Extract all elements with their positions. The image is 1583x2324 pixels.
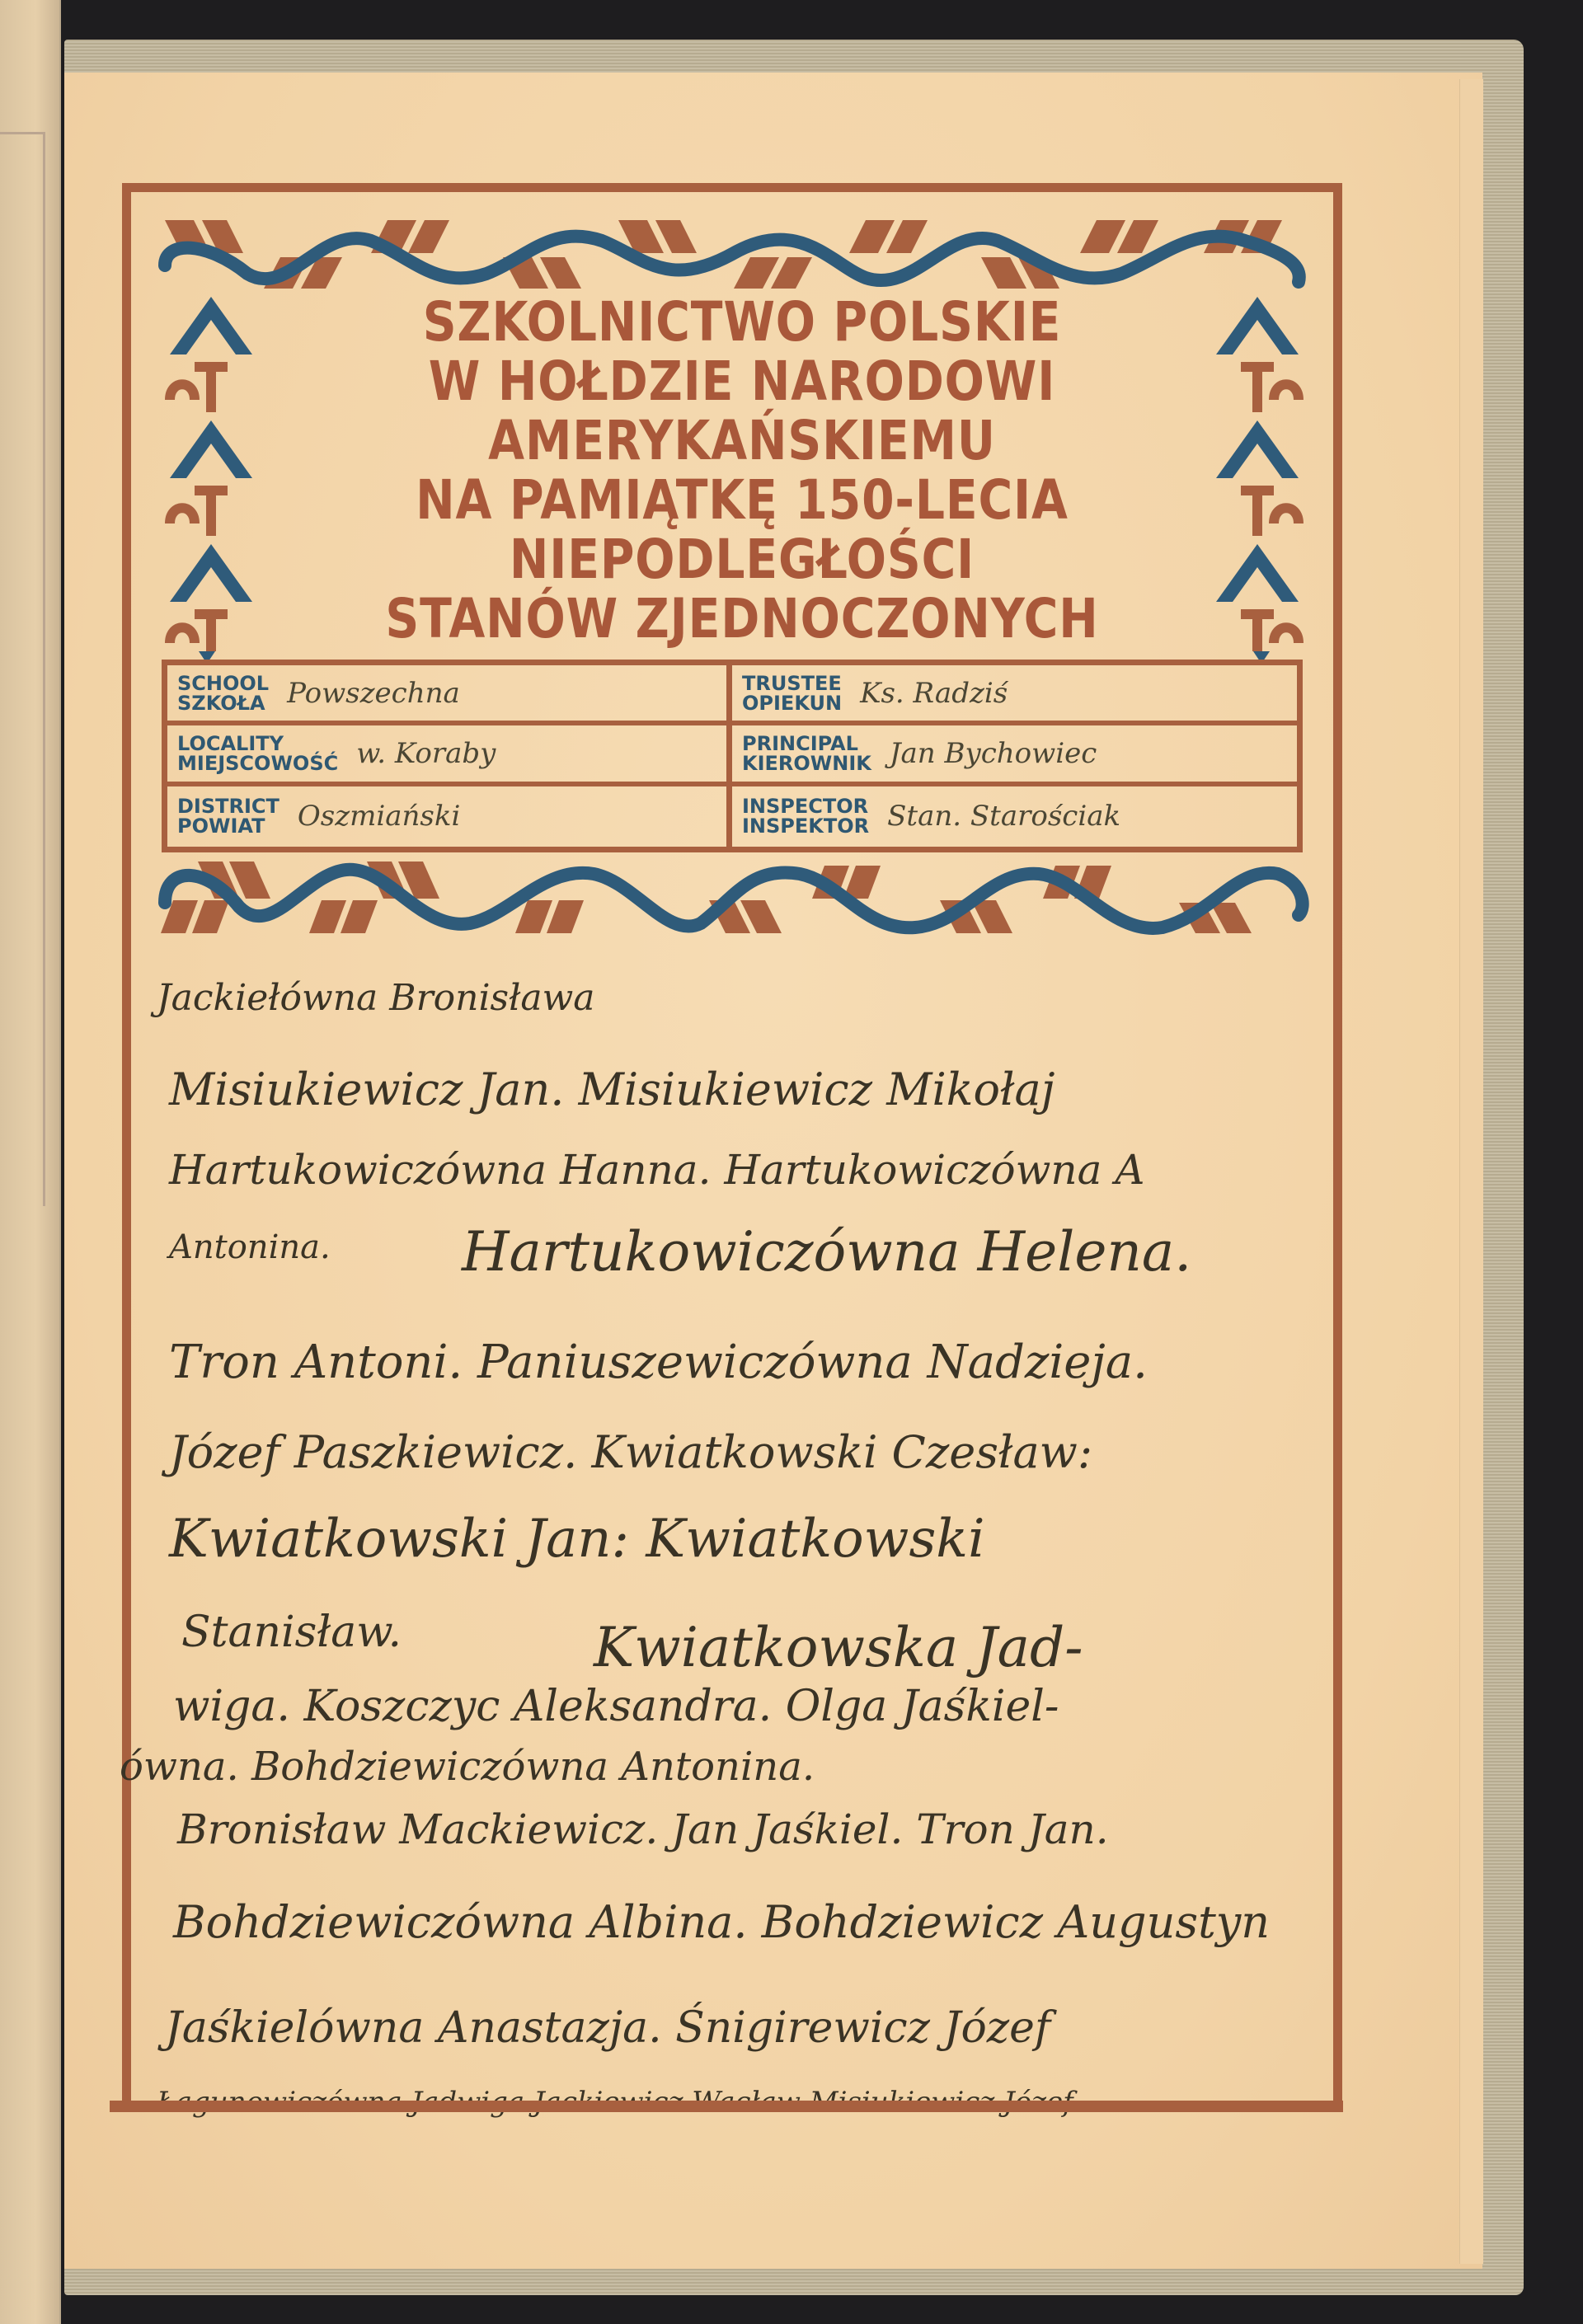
- signature-line: ówna. Bohdziewiczówna Antonina.: [120, 1744, 815, 1790]
- trustee-field: TRUSTEEOPIEKUN Ks. Radziś: [732, 665, 1297, 725]
- principal-field: PRINCIPALKIEROWNIK Jan Bychowiec: [732, 725, 1297, 786]
- left-side-ornament: [162, 289, 261, 668]
- locality-value: w. Koraby: [356, 737, 496, 770]
- title-line: NIEPODLEGŁOŚCI: [338, 530, 1146, 589]
- trustee-value: Ks. Radziś: [860, 677, 1008, 710]
- signature-line: Kwiatkowska Jad-: [594, 1616, 1083, 1679]
- signature-line: Józef Paszkiewicz. Kwiatkowski Czesław:: [169, 1426, 1092, 1478]
- inspector-value: Stan. Starościak: [887, 800, 1120, 833]
- locality-label: LOCALITYMIEJSCOWOŚĆ: [177, 734, 338, 773]
- signature-line: Hartukowiczówna Helena.: [462, 1220, 1191, 1284]
- title-line: NA PAMIĄTKĘ 150-LECIA: [338, 471, 1146, 530]
- signature-line: Antonina.: [169, 1228, 331, 1266]
- signature-line: Misiukiewicz Jan. Misiukiewicz Mikołaj: [169, 1063, 1055, 1115]
- signature-line: wiga. Koszczyc Aleksandra. Olga Jaśkiel-: [173, 1682, 1059, 1731]
- signature-line: Jaśkielówna Anastazja. Śnigirewicz Józef: [165, 2003, 1050, 2053]
- page-title: SZKOLNICTWO POLSKIE W HOŁDZIE NARODOWI A…: [338, 293, 1146, 649]
- page-edge: [1459, 79, 1483, 2264]
- title-line: STANÓW ZJEDNOCZONYCH: [338, 589, 1146, 649]
- principal-label: PRINCIPALKIEROWNIK: [742, 734, 871, 773]
- title-line: AMERYKAŃSKIEMU: [338, 411, 1146, 471]
- signature-line: Tron Antoni. Paniuszewiczówna Nadzieja.: [169, 1336, 1148, 1389]
- bottom-wave-ornament: [157, 857, 1311, 936]
- school-field: SCHOOLSZKOŁA Powszechna: [167, 665, 732, 725]
- district-label: DISTRICTPOWIAT: [177, 796, 279, 836]
- school-label: SCHOOLSZKOŁA: [177, 674, 269, 713]
- locality-field: LOCALITYMIEJSCOWOŚĆ w. Koraby: [167, 725, 732, 786]
- trustee-label: TRUSTEEOPIEKUN: [742, 674, 842, 713]
- top-wave-ornament: [157, 216, 1311, 290]
- signature-line: Hartukowiczówna Hanna. Hartukowiczówna A: [169, 1146, 1144, 1194]
- title-line: SZKOLNICTWO POLSKIE: [338, 293, 1146, 352]
- signature-line: Bohdziewiczówna Albina. Bohdziewicz Augu…: [173, 1896, 1270, 1948]
- school-value: Powszechna: [287, 677, 460, 710]
- school-info-table: SCHOOLSZKOŁA Powszechna TRUSTEEOPIEKUN K…: [162, 660, 1303, 852]
- title-line: W HOŁDZIE NARODOWI: [338, 352, 1146, 411]
- page-frame-bottom: [110, 2101, 1343, 2112]
- signature-line: Bronisław Mackiewicz. Jan Jaśkiel. Tron …: [177, 1805, 1109, 1853]
- right-side-ornament: [1208, 289, 1307, 668]
- signature-line: Stanisław.: [181, 1608, 402, 1657]
- signature-line: Jackiełówna Bronisława: [157, 977, 595, 1019]
- left-facing-page: [0, 0, 61, 2324]
- district-value: Oszmiański: [298, 800, 460, 833]
- signature-line: Kwiatkowski Jan: Kwiatkowski: [169, 1509, 985, 1570]
- inspector-field: INSPECTORINSPEKTOR Stan. Starościak: [732, 786, 1297, 847]
- inspector-label: INSPECTORINSPEKTOR: [742, 796, 869, 836]
- protective-sheet-edge: [0, 132, 45, 1206]
- district-field: DISTRICTPOWIAT Oszmiański: [167, 786, 732, 847]
- principal-value: Jan Bychowiec: [890, 737, 1097, 770]
